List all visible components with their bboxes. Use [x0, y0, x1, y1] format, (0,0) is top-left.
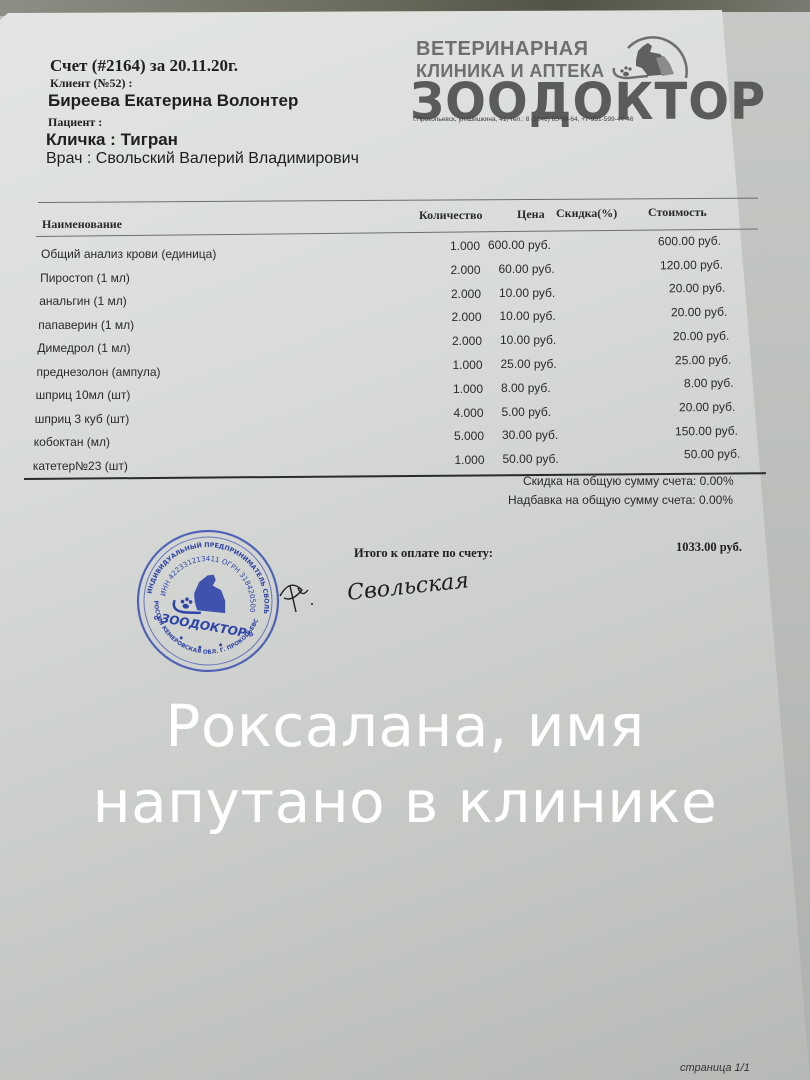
item-price: 60.00 руб. [499, 262, 555, 276]
item-name: Димедрол (1 мл) [37, 341, 130, 355]
item-name: кобоктан (мл) [34, 435, 110, 449]
invoice-discount: Скидка на общую сумму счета: 0.00% [523, 474, 734, 488]
item-cost: 20.00 руб. [669, 281, 725, 296]
item-name: Общий анализ крови (единица) [41, 247, 216, 261]
item-cost: 600.00 руб. [658, 234, 721, 249]
doctor-signature: Свольская [272, 568, 507, 618]
item-name: катетер№23 (шт) [33, 459, 128, 473]
column-header-qty: Количество [419, 208, 482, 223]
total-value: 1033.00 руб. [676, 540, 742, 555]
item-price: 8.00 руб. [501, 381, 551, 395]
item-qty: 2.000 [452, 334, 482, 348]
item-qty: 1.000 [453, 382, 483, 396]
dog-cat-paw-emblem-icon [608, 34, 690, 82]
item-cost: 20.00 руб. [673, 329, 729, 344]
item-cost: 20.00 руб. [679, 400, 735, 415]
item-qty: 1.000 [453, 358, 483, 372]
item-price: 10.00 руб. [500, 309, 556, 323]
table-header-divider [36, 228, 758, 237]
table-top-divider [38, 198, 758, 203]
item-name: анальгин (1 мл) [39, 294, 127, 308]
item-qty: 2.000 [451, 263, 481, 277]
item-price: 10.00 руб. [499, 286, 555, 300]
client-name: Биреева Екатерина Волонтер [48, 91, 298, 111]
item-qty: 4.000 [454, 406, 484, 420]
item-price: 25.00 руб. [501, 357, 557, 371]
doctor-name: Врач : Свольский Валерий Владимирович [46, 150, 359, 168]
item-price: 30.00 руб. [502, 428, 558, 442]
clinic-logo-line1: ВЕТЕРИНАРНАЯ [416, 38, 589, 61]
item-cost: 120.00 руб. [660, 257, 723, 272]
item-name: преднезолон (ампула) [37, 365, 161, 379]
overlay-caption-line2: напутано в клинике [0, 764, 810, 840]
item-cost: 25.00 руб. [675, 352, 731, 367]
item-qty: 5.000 [454, 429, 484, 443]
item-qty: 2.000 [452, 310, 482, 324]
invoice-document: Счет (#2164) за 20.11.20г. Клиент (№52) … [0, 0, 810, 1080]
item-cost: 150.00 руб. [675, 423, 738, 438]
item-qty: 2.000 [451, 287, 481, 301]
item-cost: 50.00 руб. [684, 447, 740, 462]
column-header-cost: Стоимость [648, 205, 707, 220]
item-price: 600.00 руб. [488, 238, 551, 252]
item-price: 50.00 руб. [503, 452, 559, 466]
item-name: шприц 10мл (шт) [36, 388, 131, 402]
item-cost: 8.00 руб. [684, 376, 734, 391]
item-cost: 20.00 руб. [671, 305, 727, 320]
clinic-address: г.Прокопьевск, ул.Шишкина, 41, тел.: 8 (… [413, 116, 633, 123]
column-header-discount: Скидка(%) [556, 206, 617, 221]
item-name: папаверин (1 мл) [38, 318, 134, 332]
overlay-caption-line1: Роксалана, имя [0, 688, 810, 764]
invoice-title: Счет (#2164) за 20.11.20г. [50, 56, 238, 76]
clinic-stamp: ИНДИВИДУАЛЬНЫЙ ПРЕДПРИНИМАТЕЛЬ СВОЛЬСКАЯ… [133, 526, 283, 676]
signature-text: Свольская [346, 568, 470, 606]
item-name: Пиростоп (1 мл) [40, 271, 130, 285]
item-price: 10.00 руб. [500, 333, 556, 347]
item-price: 5.00 руб. [502, 405, 552, 419]
column-header-price: Цена [517, 207, 545, 222]
client-label: Клиент (№52) : [50, 76, 133, 91]
page-number: страница 1/1 [680, 1062, 750, 1074]
column-header-name: Наименование [42, 217, 122, 232]
item-name: шприц 3 куб (шт) [35, 412, 130, 426]
patient-label: Пациент : [48, 115, 102, 130]
pet-name: Кличка : Тигран [46, 130, 178, 150]
invoice-markup: Надбавка на общую сумму счета: 0.00% [508, 493, 733, 507]
item-qty: 1.000 [455, 453, 485, 467]
total-label: Итого к оплате по счету: [354, 546, 493, 561]
item-qty: 1.000 [450, 239, 480, 253]
